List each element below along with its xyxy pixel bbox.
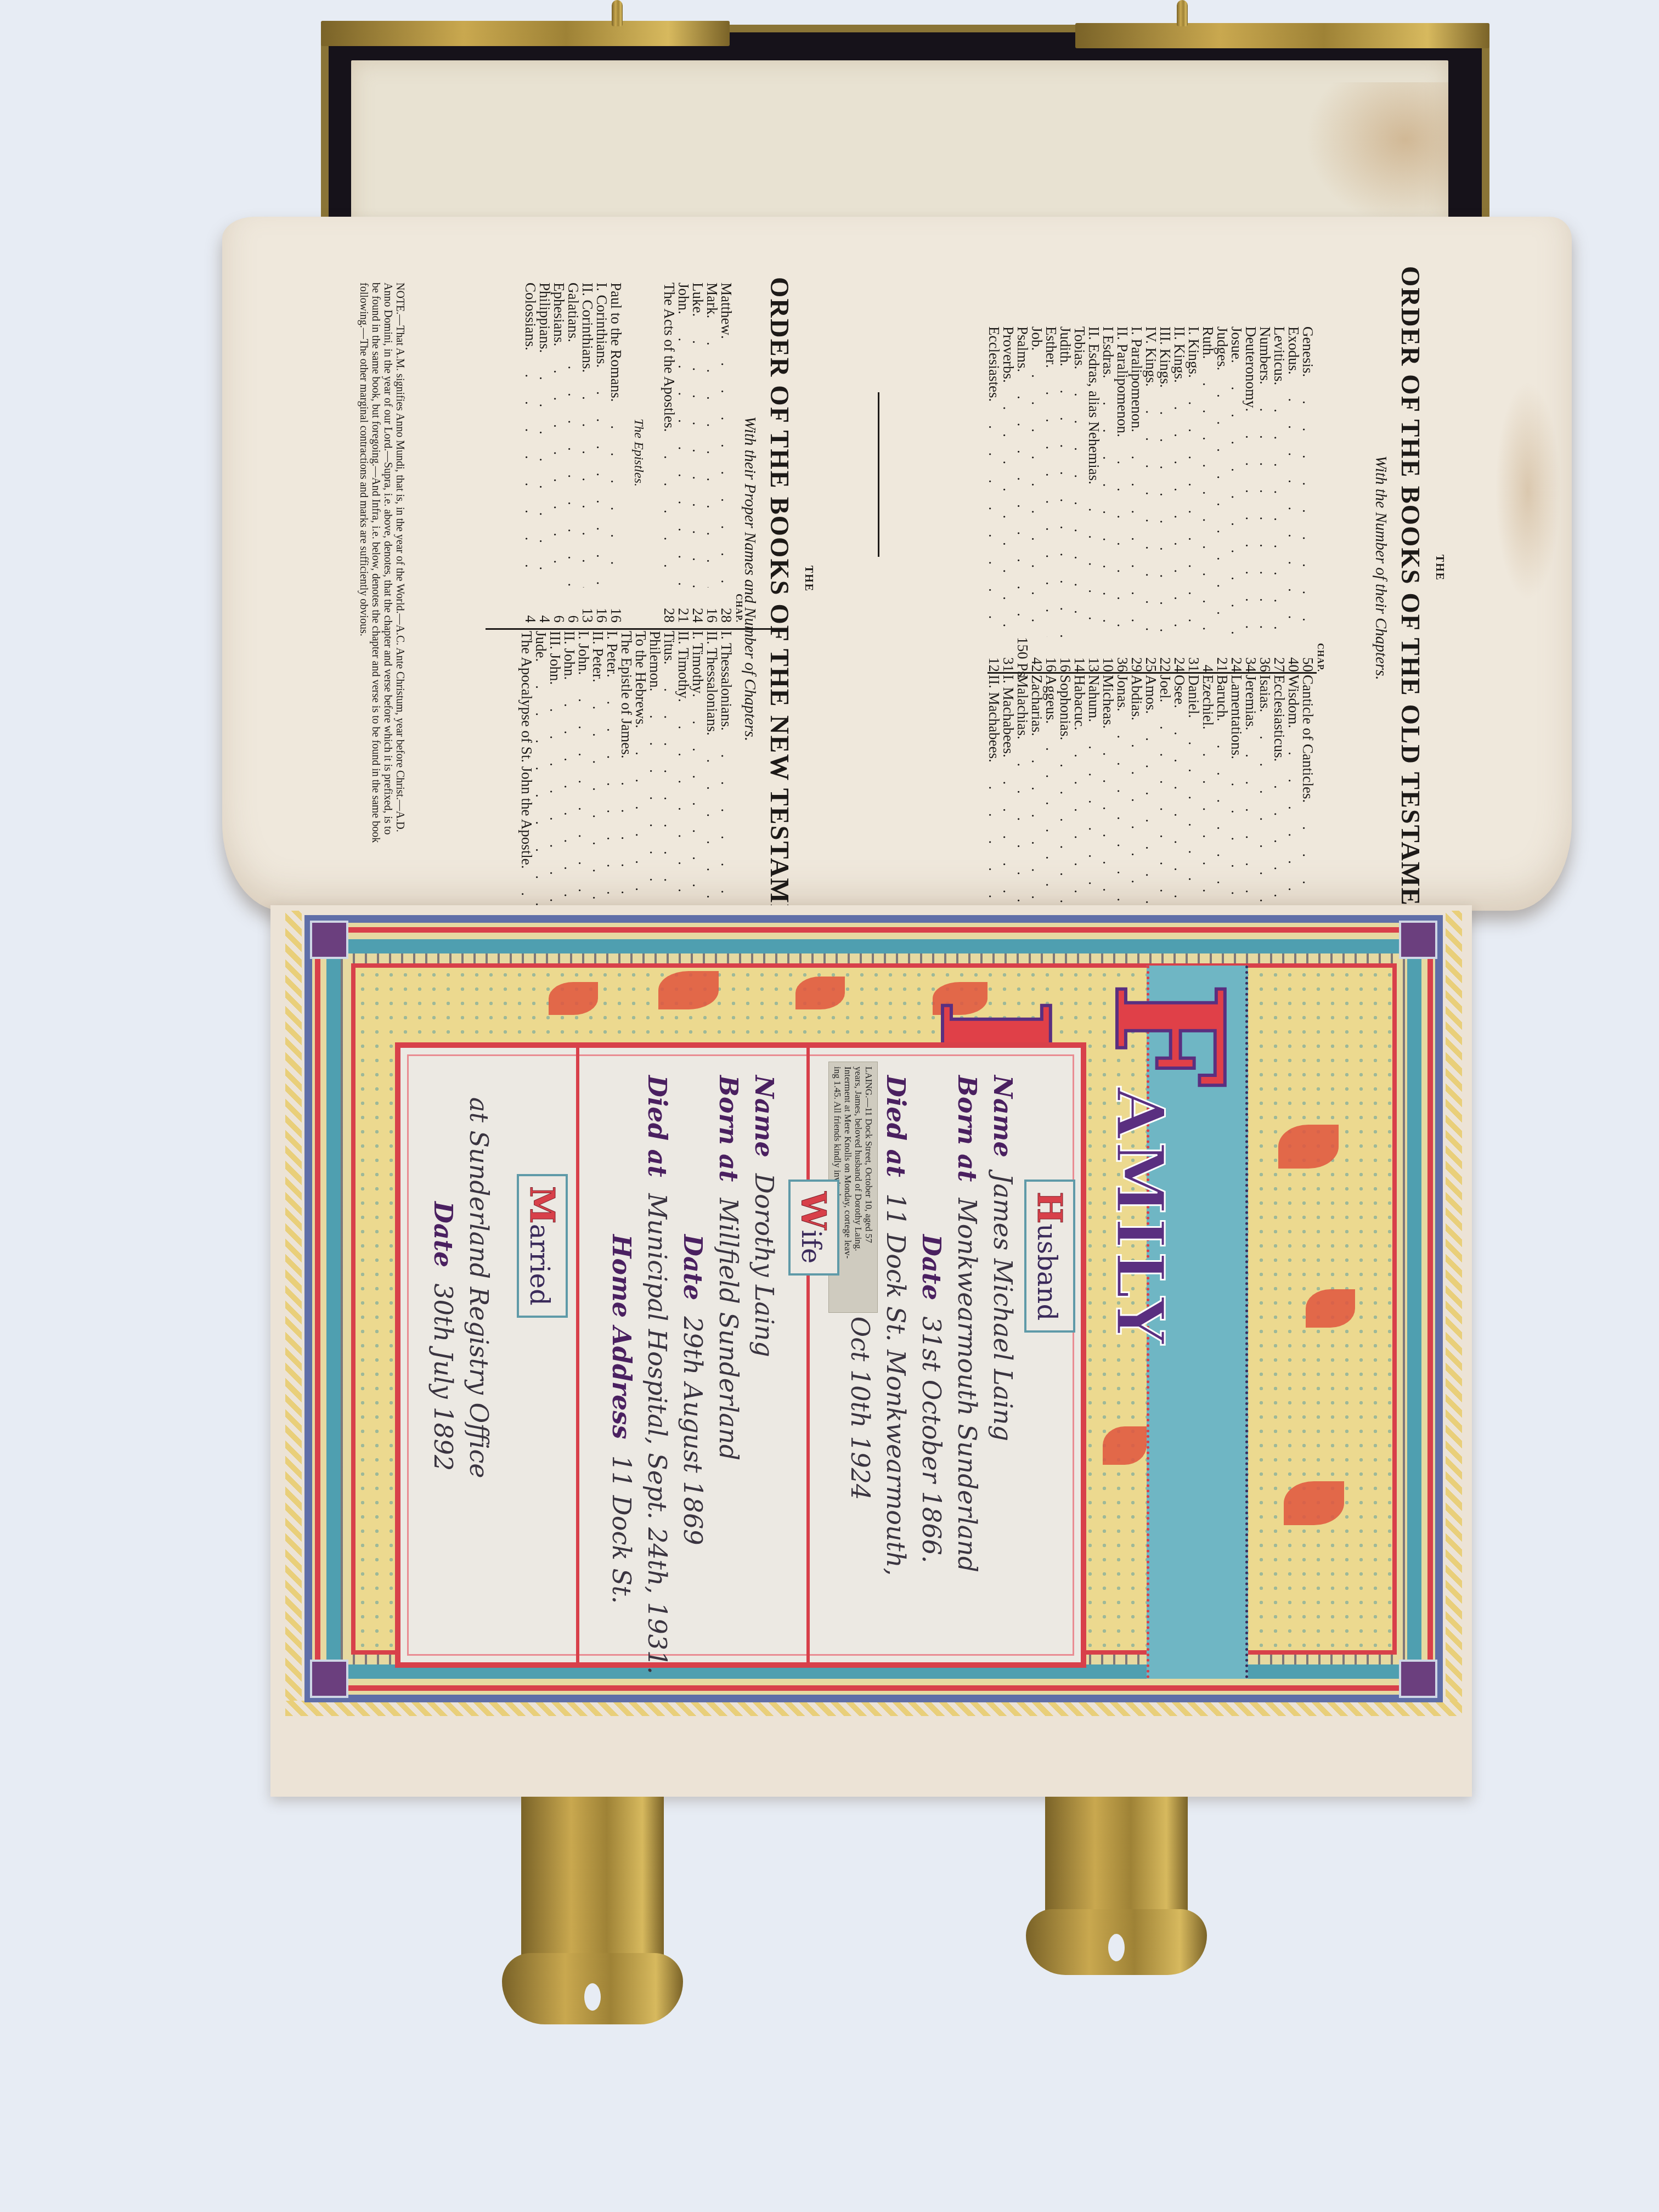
- zigzag-border: [1446, 911, 1462, 1712]
- born-label: Born at: [714, 1075, 743, 1182]
- chapter-count: 6: [552, 588, 566, 623]
- chapter-count: 36: [1115, 637, 1130, 672]
- book-row: Leviticus . . . . . . . . . . . . . . . …: [1272, 326, 1286, 672]
- book-row: John . . . . . . . . . . . . . . . . . .…: [676, 283, 691, 623]
- book-name: Malachias: [1015, 675, 1030, 736]
- book-name: I. Machabees: [1001, 675, 1015, 754]
- book-row: Ephesians . . . . . . . . . . . . . . . …: [552, 283, 566, 623]
- leader-dots: . . . . . . . . . . . . . . . . . . . . …: [1001, 754, 1015, 911]
- marriage-date: 30th July 1892: [428, 1283, 458, 1471]
- wife-home-address: 11 Dock St.: [607, 1455, 636, 1604]
- chapter-count: 16: [609, 588, 623, 623]
- book-row: Baruch . . . . . . . . . . . . . . . . .…: [1215, 675, 1229, 911]
- book-row: Wisdom . . . . . . . . . . . . . . . . .…: [1286, 675, 1301, 911]
- book-row: Colossians . . . . . . . . . . . . . . .…: [523, 283, 538, 623]
- book-row: Canticle of Canticles . . . . . . . . . …: [1301, 675, 1315, 911]
- book-name: Luke: [691, 283, 705, 313]
- book-name: Ruth: [1201, 326, 1215, 356]
- leader-dots: . . . . . . . . . . . . . . . . . . . . …: [538, 349, 552, 588]
- leader-dots: . . . . . . . . . . . . . . . . . . . . …: [719, 335, 733, 588]
- book-name: Exodus: [1286, 326, 1301, 371]
- note-line: be found in the same book, but foregoing…: [370, 283, 382, 886]
- ot-right-list: Canticle of Canticles . . . . . . . . . …: [987, 675, 1315, 911]
- book-name: Judges: [1215, 326, 1229, 367]
- book-row: II. Peter . . . . . . . . . . . . . . . …: [591, 631, 605, 911]
- leader-dots: . . . . . . . . . . . . . . . . . . . . …: [1286, 371, 1301, 637]
- chapter-count: 24: [1229, 637, 1244, 672]
- chapter-count: 31: [1187, 637, 1201, 672]
- wife-name: Dorothy Laing: [749, 1173, 779, 1357]
- book-row: Micheas . . . . . . . . . . . . . . . . …: [1101, 675, 1115, 911]
- book-name: Job: [1030, 326, 1044, 347]
- wife-initial: W: [794, 1192, 834, 1230]
- nt-epistles-list: Paul to the Romans . . . . . . . . . . .…: [523, 283, 623, 623]
- leader-dots: . . . . . . . . . . . . . . . . . . . . …: [1101, 375, 1115, 637]
- corner-ornament: [310, 921, 348, 959]
- chapter-count: 150 Ps.: [1015, 637, 1030, 672]
- abbreviation-note: NOTE.—That A.M. signifies Anno Mundi, th…: [358, 283, 406, 886]
- husband-initial: H: [1030, 1192, 1070, 1224]
- book-row: Titus . . . . . . . . . . . . . . . . . …: [662, 631, 676, 911]
- husband-born-date-line: Date 31st October 1866.: [917, 1234, 946, 1563]
- clasp-hole: [1108, 1934, 1125, 1961]
- book-name: II. Timothy: [676, 631, 691, 698]
- ot-chap-header-right: CHAP.: [1315, 675, 1325, 911]
- leader-dots: . . . . . . . . . . . . . . . . . . . . …: [1201, 726, 1215, 911]
- clipping-line: LAING.—11 Dock Street, October 10, aged …: [864, 1066, 874, 1308]
- chapter-count: 6: [566, 588, 580, 623]
- book-name: III. John: [548, 631, 562, 681]
- leader-dots: . . . . . . . . . . . . . . . . . . . . …: [1073, 726, 1087, 911]
- book-row: Galatians . . . . . . . . . . . . . . . …: [566, 283, 580, 623]
- husband-birth-date: 31st October 1866.: [917, 1316, 946, 1563]
- column-rule: [988, 672, 1317, 674]
- book-row: I. Paralipomenon . . . . . . . . . . . .…: [1130, 326, 1144, 672]
- book-name: I. Kings: [1187, 326, 1201, 374]
- book-name: Leviticus: [1272, 326, 1286, 381]
- marriage-place: at Sunderland Registry Office: [464, 1097, 494, 1479]
- book-row: Zacharias . . . . . . . . . . . . . . . …: [1030, 675, 1044, 911]
- chapter-count: 12: [987, 637, 1001, 672]
- clasp-scalloped-end: [1026, 1909, 1207, 1975]
- nt-chap-header: CHAP.: [733, 283, 743, 623]
- book-name: Paul to the Romans: [609, 283, 623, 398]
- chapter-count: 24: [691, 588, 705, 623]
- book-name: Baruch: [1215, 675, 1229, 718]
- leader-dots: . . . . . . . . . . . . . . . . . . . . …: [1272, 758, 1286, 911]
- home-address-label: Home Address: [607, 1234, 636, 1439]
- husband-death-date: Oct 10th 1924: [845, 1316, 875, 1500]
- book-name: Deuteronomy: [1244, 326, 1258, 408]
- leader-dots: . . . . . . . . . . . . . . . . . . . . …: [1301, 799, 1315, 911]
- book-name: II. John: [562, 631, 577, 676]
- book-name: Ecclesiasticus: [1272, 675, 1286, 758]
- book-name: Philippians: [538, 283, 552, 349]
- note-line: NOTE.—That A.M. signifies Anno Mundi, th…: [394, 283, 406, 886]
- book-name: Numbers: [1258, 326, 1272, 381]
- leader-dots: . . . . . . . . . . . . . . . . . . . . …: [1087, 718, 1101, 911]
- leader-dots: . . . . . . . . . . . . . . . . . . . . …: [662, 661, 676, 911]
- leader-dots: . . . . . . . . . . . . . . . . . . . . …: [1244, 408, 1258, 637]
- leader-dots: . . . . . . . . . . . . . . . . . . . . …: [1187, 374, 1201, 637]
- leader-dots: . . . . . . . . . . . . . . . . . . . . …: [1258, 381, 1272, 637]
- book-row: Numbers . . . . . . . . . . . . . . . . …: [1258, 326, 1272, 672]
- leader-dots: . . . . . . . . . . . . . . . . . . . . …: [1301, 373, 1315, 637]
- nt-pre-title: THE: [802, 277, 815, 881]
- book-name: I. John: [577, 631, 591, 672]
- book-row: Amos . . . . . . . . . . . . . . . . . .…: [1144, 675, 1158, 911]
- book-name: Abdias: [1130, 675, 1144, 717]
- wife-home-address-line: Home Address 11 Dock St.: [607, 1234, 636, 1604]
- chapter-count: 16: [595, 588, 609, 623]
- clasp-scalloped-end: [502, 1953, 683, 2024]
- date-label: Date: [678, 1234, 708, 1300]
- book-row: The Apocalypse of St. John the Apostle .…: [520, 631, 534, 911]
- book-name: Proverbs: [1001, 326, 1015, 379]
- died-label: Died at: [642, 1075, 672, 1177]
- wife-label-text: ife: [795, 1230, 826, 1264]
- book-row: Joel . . . . . . . . . . . . . . . . . .…: [1158, 675, 1172, 911]
- clasp-pin: [1177, 0, 1188, 26]
- book-row: Jeremias . . . . . . . . . . . . . . . .…: [1244, 675, 1258, 911]
- book-row: Ecclesiasticus . . . . . . . . . . . . .…: [1272, 675, 1286, 911]
- old-testament-header: THE ORDER OF THE BOOKS OF THE OLD TESTAM…: [1372, 266, 1446, 870]
- book-name: Aggeus: [1044, 675, 1058, 720]
- book-row: I. Thessalonians . . . . . . . . . . . .…: [719, 631, 733, 911]
- leader-dots: . . . . . . . . . . . . . . . . . . . . …: [1144, 710, 1158, 911]
- zigzag-border: [285, 1701, 1462, 1716]
- book-row: Exodus . . . . . . . . . . . . . . . . .…: [1286, 326, 1301, 672]
- book-name: II. Paralipomenon: [1115, 326, 1130, 433]
- leader-dots: . . . . . . . . . . . . . . . . . . . . …: [548, 681, 562, 911]
- chapter-count: 27: [1272, 637, 1286, 672]
- book-name: I. Peter: [605, 631, 619, 674]
- book-row: The Acts of the Apostles . . . . . . . .…: [662, 283, 676, 623]
- book-name: Jonas: [1115, 675, 1130, 708]
- book-row: Psalms . . . . . . . . . . . . . . . . .…: [1015, 326, 1030, 672]
- wife-label: Wife: [788, 1180, 839, 1276]
- top-left-brass-clasp: [321, 21, 730, 46]
- leader-dots: . . . . . . . . . . . . . . . . . . . . …: [577, 672, 591, 911]
- book-row: I. Corinthians . . . . . . . . . . . . .…: [595, 283, 609, 623]
- book-name: Amos: [1144, 675, 1158, 710]
- book-row: Tobias . . . . . . . . . . . . . . . . .…: [1073, 326, 1087, 672]
- book-name: I. Paralipomenon: [1130, 326, 1144, 428]
- book-name: II. Esdras, alias Nehemias: [1087, 326, 1101, 481]
- book-row: Osee . . . . . . . . . . . . . . . . . .…: [1172, 675, 1187, 911]
- book-row: II. Corinthians . . . . . . . . . . . . …: [580, 283, 595, 623]
- book-name: Lamentations: [1229, 675, 1244, 755]
- clipping-line: Interment at Mere Knolls on Monday, cort…: [843, 1066, 853, 1308]
- book-row: I Esdras . . . . . . . . . . . . . . . .…: [1101, 326, 1115, 672]
- leaf-ornament: [1284, 1481, 1344, 1525]
- married-place-line: at Sunderland Registry Office: [464, 1097, 494, 1479]
- title-word-family: AMILY: [1101, 1087, 1178, 1347]
- book-name: John: [676, 283, 691, 311]
- nt-title: ORDER OF THE BOOKS OF THE NEW TESTAMENT.: [764, 277, 794, 881]
- leaf-ornament: [549, 982, 598, 1015]
- book-name: The Apocalypse of St. John the Apostle: [520, 631, 534, 865]
- column-rule: [486, 628, 771, 630]
- book-row: I. Peter . . . . . . . . . . . . . . . .…: [605, 631, 619, 911]
- book-name: To the Hebrews: [634, 631, 648, 725]
- book-row: Malachias . . . . . . . . . . . . . . . …: [1015, 675, 1030, 911]
- wife-birthplace: Millfield Sunderland: [714, 1198, 743, 1461]
- name-label: Name: [749, 1075, 779, 1158]
- leader-dots: . . . . . . . . . . . . . . . . . . . . …: [1015, 369, 1030, 637]
- book-row: Deuteronomy . . . . . . . . . . . . . . …: [1244, 326, 1258, 672]
- husband-wife-divider: [806, 1042, 810, 1668]
- leader-dots: . . . . . . . . . . . . . . . . . . . . …: [676, 311, 691, 588]
- leader-dots: . . . . . . . . . . . . . . . . . . . . …: [1229, 359, 1244, 637]
- leader-dots: . . . . . . . . . . . . . . . . . . . . …: [1215, 718, 1229, 911]
- book-row: Ezechiel . . . . . . . . . . . . . . . .…: [1201, 675, 1215, 911]
- clasp-hole: [584, 1983, 601, 2011]
- book-row: Jude . . . . . . . . . . . . . . . . . .…: [534, 631, 548, 911]
- leader-dots: . . . . . . . . . . . . . . . . . . . . …: [1115, 708, 1130, 911]
- book-row: II. Esdras, alias Nehemias . . . . . . .…: [1087, 326, 1101, 672]
- book-row: Ruth . . . . . . . . . . . . . . . . . .…: [1201, 326, 1215, 672]
- book-row: Daniel . . . . . . . . . . . . . . . . .…: [1187, 675, 1201, 911]
- chapter-count: 16: [705, 588, 719, 623]
- leader-dots: . . . . . . . . . . . . . . . . . . . . …: [1087, 481, 1101, 637]
- leader-dots: . . . . . . . . . . . . . . . . . . . . …: [595, 364, 609, 588]
- book-name: I. Corinthians: [595, 283, 609, 364]
- book-row: Job . . . . . . . . . . . . . . . . . . …: [1030, 326, 1044, 672]
- chapter-count: 40: [1286, 637, 1301, 672]
- leader-dots: . . . . . . . . . . . . . . . . . . . . …: [1044, 364, 1058, 637]
- books-order-page: THE ORDER OF THE BOOKS OF THE OLD TESTAM…: [222, 217, 1572, 911]
- leader-dots: . . . . . . . . . . . . . . . . . . . . …: [562, 676, 577, 911]
- book-name: II. Thessalonians: [705, 631, 719, 732]
- husband-label-text: usband: [1031, 1224, 1062, 1321]
- note-line: following.—The other marginal contractio…: [358, 283, 370, 886]
- book-name: Daniel: [1187, 675, 1201, 714]
- chapter-count: 4: [523, 588, 538, 623]
- chapter-count: 16: [1058, 637, 1073, 672]
- book-name: Matthew: [719, 283, 733, 335]
- chapter-count: 28: [719, 588, 733, 623]
- leader-dots: . . . . . . . . . . . . . . . . . . . . …: [1058, 363, 1073, 637]
- book-name: Psalms: [1015, 326, 1030, 369]
- wife-name-line: Name Dorothy Laing: [749, 1075, 779, 1357]
- chapter-count: 14: [1073, 637, 1087, 672]
- book-row: Matthew . . . . . . . . . . . . . . . . …: [719, 283, 733, 623]
- book-name: I. Timothy: [691, 631, 705, 693]
- book-name: Joel: [1158, 675, 1172, 699]
- book-row: I. Timothy . . . . . . . . . . . . . . .…: [691, 631, 705, 911]
- book-name: The Acts of the Apostles: [662, 283, 676, 428]
- leaf-ornament: [795, 977, 845, 1009]
- chapter-count: 4: [1201, 637, 1215, 672]
- book-name: Nahum: [1087, 675, 1101, 718]
- leader-dots: . . . . . . . . . . . . . . . . . . . . …: [676, 698, 691, 911]
- husband-name: James Michael Laing: [988, 1173, 1018, 1441]
- chapter-count: 24: [1172, 637, 1187, 672]
- book-row: Judith . . . . . . . . . . . . . . . . .…: [1058, 326, 1073, 672]
- leader-dots: . . . . . . . . . . . . . . . . . . . . …: [1058, 737, 1073, 911]
- book-name: III. Kings: [1158, 326, 1172, 384]
- book-row: III. Kings . . . . . . . . . . . . . . .…: [1158, 326, 1172, 672]
- book-name: Galatians: [566, 283, 580, 338]
- book-name: Judith: [1058, 326, 1073, 363]
- book-name: Jude: [534, 631, 548, 658]
- book-name: Ezechiel: [1201, 675, 1215, 726]
- ot-right-column: CHAP. Canticle of Canticles . . . . . . …: [987, 675, 1325, 911]
- leader-dots: . . . . . . . . . . . . . . . . . . . . …: [1101, 725, 1115, 911]
- book-row: The Epistle of James . . . . . . . . . .…: [619, 631, 634, 911]
- book-row: III. John . . . . . . . . . . . . . . . …: [548, 631, 562, 911]
- leader-dots: . . . . . . . . . . . . . . . . . . . . …: [662, 428, 676, 588]
- leader-dots: . . . . . . . . . . . . . . . . . . . . …: [691, 313, 705, 588]
- new-testament-header: THE ORDER OF THE BOOKS OF THE NEW TESTAM…: [741, 277, 815, 881]
- leader-dots: . . . . . . . . . . . . . . . . . . . . …: [1286, 724, 1301, 911]
- married-label: Married: [517, 1174, 568, 1318]
- corner-ornament: [1399, 1660, 1437, 1698]
- leader-dots: . . . . . . . . . . . . . . . . . . . . …: [591, 679, 605, 911]
- date-label: Date: [917, 1234, 946, 1300]
- married-label-text: arried: [524, 1224, 555, 1306]
- wife-death-place: Municipal Hospital, Sept. 24th, 1931.: [642, 1193, 672, 1674]
- flyleaf-page: [351, 60, 1448, 236]
- leader-dots: . . . . . . . . . . . . . . . . . . . . …: [605, 674, 619, 911]
- ot-title: ORDER OF THE BOOKS OF THE OLD TESTAMENT.: [1395, 266, 1425, 870]
- corner-ornament: [310, 1660, 348, 1698]
- book-name: II. Peter: [591, 631, 605, 679]
- leader-dots: . . . . . . . . . . . . . . . . . . . . …: [1130, 428, 1144, 637]
- clasp-pin: [612, 0, 623, 26]
- book-name: Josue: [1229, 326, 1244, 359]
- leader-dots: . . . . . . . . . . . . . . . . . . . . …: [523, 347, 538, 588]
- book-name: Wisdom: [1286, 675, 1301, 724]
- book-name: I. Thessalonians: [719, 631, 733, 727]
- book-name: II. Machabees: [987, 675, 1001, 759]
- book-name: II. Kings: [1172, 326, 1187, 379]
- nt-gospels-list: Matthew . . . . . . . . . . . . . . . . …: [662, 283, 733, 623]
- book-row: Genesis . . . . . . . . . . . . . . . . …: [1301, 326, 1315, 672]
- leader-dots: . . . . . . . . . . . . . . . . . . . . …: [705, 732, 719, 911]
- book-row: Aggeus . . . . . . . . . . . . . . . . .…: [1044, 675, 1058, 911]
- book-name: Jeremias: [1244, 675, 1258, 726]
- book-row: Judges . . . . . . . . . . . . . . . . .…: [1215, 326, 1229, 672]
- book-row: II. Thessalonians . . . . . . . . . . . …: [705, 631, 719, 911]
- leaf-ornament: [1306, 1289, 1355, 1328]
- leader-dots: . . . . . . . . . . . . . . . . . . . . …: [648, 688, 662, 911]
- husband-birthplace: Monkwearmouth Sunderland: [952, 1198, 982, 1573]
- book-row: Jonas . . . . . . . . . . . . . . . . . …: [1115, 675, 1130, 911]
- leader-dots: . . . . . . . . . . . . . . . . . . . . …: [1130, 717, 1144, 911]
- book-row: Habacuc . . . . . . . . . . . . . . . . …: [1073, 675, 1087, 911]
- book-name: The Epistle of James: [619, 631, 634, 755]
- wife-born-line: Born at Millfield Sunderland: [714, 1075, 743, 1460]
- chapter-count: 25: [1144, 637, 1158, 672]
- leader-dots: . . . . . . . . . . . . . . . . . . . . …: [1258, 708, 1272, 911]
- wife-birth-date: 29th August 1869: [678, 1316, 708, 1545]
- chapter-count: 13: [1087, 637, 1101, 672]
- ot-left-list: Genesis . . . . . . . . . . . . . . . . …: [987, 326, 1315, 672]
- book-row: Philemon . . . . . . . . . . . . . . . .…: [648, 631, 662, 911]
- book-row: I. John . . . . . . . . . . . . . . . . …: [577, 631, 591, 911]
- book-row: II. John . . . . . . . . . . . . . . . .…: [562, 631, 577, 911]
- book-name: Genesis: [1301, 326, 1315, 373]
- book-row: Esther . . . . . . . . . . . . . . . . .…: [1044, 326, 1058, 672]
- clipping-line: years, James, beloved husband of Dorothy…: [853, 1066, 864, 1308]
- husband-name-line: Name James Michael Laing: [988, 1075, 1018, 1441]
- section-rule: [878, 392, 879, 557]
- book-row: Lamentations . . . . . . . . . . . . . .…: [1229, 675, 1244, 911]
- book-row: IV. Kings . . . . . . . . . . . . . . . …: [1144, 326, 1158, 672]
- leader-dots: . . . . . . . . . . . . . . . . . . . . …: [705, 314, 719, 588]
- chapter-count: 31: [1001, 637, 1015, 672]
- book-name: Isaias: [1258, 675, 1272, 708]
- chapter-count: 42: [1030, 637, 1044, 672]
- leader-dots: . . . . . . . . . . . . . . . . . . . . …: [534, 658, 548, 911]
- book-name: Tobias: [1073, 326, 1087, 366]
- ot-pre-title: THE: [1433, 266, 1446, 870]
- chapter-count: 34: [1244, 637, 1258, 672]
- leader-dots: . . . . . . . . . . . . . . . . . . . . …: [1272, 381, 1286, 637]
- leader-dots: . . . . . . . . . . . . . . . . . . . . …: [619, 755, 634, 911]
- leader-dots: . . . . . . . . . . . . . . . . . . . . …: [1158, 699, 1172, 911]
- book-name: Sophonias: [1058, 675, 1073, 737]
- book-row: II. Paralipomenon . . . . . . . . . . . …: [1115, 326, 1130, 672]
- chapter-count: 10: [1101, 637, 1115, 672]
- married-date-line: Date 30th July 1892: [428, 1201, 458, 1471]
- leader-dots: . . . . . . . . . . . . . . . . . . . . …: [1201, 356, 1215, 637]
- leader-dots: . . . . . . . . . . . . . . . . . . . . …: [691, 693, 705, 911]
- title-initial-f: F: [1082, 982, 1256, 1087]
- nt-right-list: I. Thessalonians . . . . . . . . . . . .…: [520, 631, 733, 911]
- ot-left-column: CHAP. Genesis . . . . . . . . . . . . . …: [987, 326, 1325, 672]
- born-label: Born at: [952, 1075, 982, 1182]
- wife-died-line: Died at Municipal Hospital, Sept. 24th, …: [642, 1075, 672, 1674]
- leader-dots: . . . . . . . . . . . . . . . . . . . . …: [1172, 704, 1187, 911]
- book-row: Ecclesiastes . . . . . . . . . . . . . .…: [987, 326, 1001, 672]
- leader-dots: . . . . . . . . . . . . . . . . . . . . …: [609, 398, 623, 588]
- chapter-count: 16: [1044, 637, 1058, 672]
- book-name: Mark: [705, 283, 719, 314]
- leader-dots: . . . . . . . . . . . . . . . . . . . . …: [1044, 720, 1058, 911]
- husband-died-line: Died at 11 Dock St. Monkwearmouth,: [881, 1075, 911, 1576]
- died-label: Died at: [881, 1075, 911, 1177]
- book-row: Abdias . . . . . . . . . . . . . . . . .…: [1130, 675, 1144, 911]
- zigzag-border: [285, 911, 302, 1712]
- book-row: II. Timothy . . . . . . . . . . . . . . …: [676, 631, 691, 911]
- book-name: IV. Kings: [1144, 326, 1158, 383]
- leader-dots: . . . . . . . . . . . . . . . . . . . . …: [1215, 367, 1229, 637]
- leader-dots: . . . . . . . . . . . . . . . . . . . . …: [1229, 755, 1244, 911]
- husband-death-place: 11 Dock St. Monkwearmouth,: [881, 1193, 911, 1576]
- book-name: II. Corinthians: [580, 283, 595, 369]
- leaf-ornament: [1278, 1125, 1339, 1169]
- book-name: Colossians: [523, 283, 538, 347]
- book-row: I. Machabees . . . . . . . . . . . . . .…: [1001, 675, 1015, 911]
- leader-dots: . . . . . . . . . . . . . . . . . . . . …: [987, 398, 1001, 637]
- chapter-count: 21: [1215, 637, 1229, 672]
- book-name: Esther: [1044, 326, 1058, 364]
- book-name: Titus: [662, 631, 676, 661]
- chapter-count: 21: [676, 588, 691, 623]
- leaf-ornament: [658, 971, 719, 1009]
- book-name: I Esdras: [1101, 326, 1115, 375]
- book-name: Ephesians: [552, 283, 566, 342]
- chapter-count: 28: [662, 588, 676, 623]
- water-stain: [1306, 82, 1448, 225]
- leader-dots: . . . . . . . . . . . . . . . . . . . . …: [1244, 726, 1258, 911]
- chapter-count: 22: [1158, 637, 1172, 672]
- husband-label: Husband: [1024, 1180, 1075, 1333]
- book-row: Isaias . . . . . . . . . . . . . . . . .…: [1258, 675, 1272, 911]
